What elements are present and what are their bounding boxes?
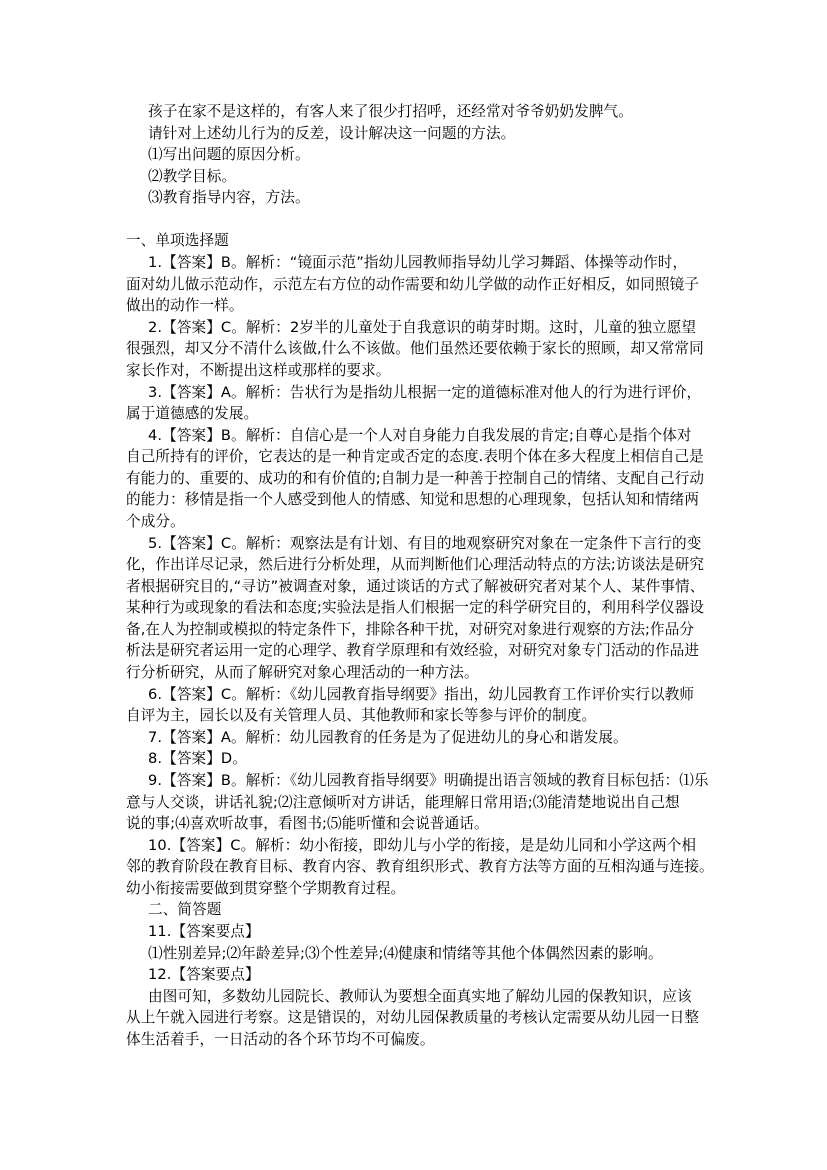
answer-line: 3.【答案】A。解析：告状行为是指幼儿根据一定的道德标准对他人的行为进行评价， [126, 382, 726, 404]
answer-line: 做出的动作一样。 [126, 295, 726, 317]
answer-line: 2.【答案】C。解析：2岁半的儿童处于自我意识的萌芽时期。这时，儿童的独立愿望 [126, 317, 726, 339]
answer-line: 有能力的、重要的、成功的和有价值的;自制力是一种善于控制自己的情绪、支配自己行动 [126, 468, 726, 490]
spacer [126, 209, 726, 231]
answer-line: 11.【答案要点】 [126, 921, 726, 943]
answer-line: 家长作对，不断提出这样或那样的要求。 [126, 360, 726, 382]
answer-line: 7.【答案】A。解析：幼儿园教育的任务是为了促进幼儿的身心和谐发展。 [126, 727, 726, 749]
answer-line: 体生活着手，一日活动的各个环节均不可偏废。 [126, 1029, 726, 1051]
answer-line: 的能力：移情是指一个人感受到他人的情感、知觉和思想的心理现象，包括认知和情绪两 [126, 489, 726, 511]
answer-line: 说的事;⑷喜欢听故事，看图书;⑸能听懂和会说普通话。 [126, 813, 726, 835]
answer-line: 行分析研究，从而了解研究对象心理活动的一种方法。 [126, 662, 726, 684]
answer-line: 很强烈，却又分不清什么该做,什么不该做。他们虽然还要依赖于家长的照顾，却又常常同 [126, 338, 726, 360]
answer-line: 某种行为或现象的看法和态度;实验法是指人们根据一定的科学研究目的，利用科学仪器设 [126, 597, 726, 619]
answer-line: 由图可知，多数幼儿园院长、教师认为要想全面真实地了解幼儿园的保教知识，应该 [126, 986, 726, 1008]
section-short-answer: 二、简答题 11.【答案要点】 ⑴性别差异;⑵年龄差异;⑶个性差异;⑷健康和情绪… [126, 899, 726, 1050]
answer-line: 面对幼儿做示范动作，示范左右方位的动作需要和幼儿学做的动作正好相反，如同照镜子 [126, 274, 726, 296]
answer-line: 化，作出详尽记录，然后进行分析处理，从而判断他们心理活动特点的方法;访谈法是研究 [126, 554, 726, 576]
text-line: ⑶教育指导内容，方法。 [126, 187, 726, 209]
answer-line: 从上午就入园进行考察。这是错误的，对幼儿园保教质量的考核认定需要从幼儿园一日整 [126, 1007, 726, 1029]
answer-line: 9.【答案】B。解析：《幼儿园教育指导纲要》明确提出语言领域的教育目标包括：⑴乐 [126, 770, 726, 792]
section-single-choice: 一、单项选择题 1.【答案】B。解析：“镜面示范”指幼儿园教师指导幼儿学习舞蹈、… [126, 230, 726, 899]
answer-line: 属于道德感的发展。 [126, 403, 726, 425]
question-tail: 孩子在家不是这样的，有客人来了很少打招呼，还经常对爷爷奶奶发脾气。 请针对上述幼… [126, 101, 726, 209]
section-heading: 一、单项选择题 [126, 230, 726, 252]
answer-line: 1.【答案】B。解析：“镜面示范”指幼儿园教师指导幼儿学习舞蹈、体操等动作时， [126, 252, 726, 274]
answer-line: 8.【答案】D。 [126, 748, 726, 770]
answer-line: 备,在人为控制或模拟的特定条件下，排除各种干扰，对研究对象进行观察的方法;作品分 [126, 619, 726, 641]
text-line: 请针对上述幼儿行为的反差，设计解决这一问题的方法。 [126, 123, 726, 145]
document-page: 孩子在家不是这样的，有客人来了很少打招呼，还经常对爷爷奶奶发脾气。 请针对上述幼… [126, 101, 726, 1050]
answer-line: 析法是研究者运用一定的心理学、教育学原理和有效经验，对研究对象专门活动的作品进 [126, 640, 726, 662]
answer-line: 5.【答案】C。解析：观察法是有计划、有目的地观察研究对象在一定条件下言行的变 [126, 533, 726, 555]
answer-line: 幼小衔接需要做到贯穿整个学期教育过程。 [126, 878, 726, 900]
answer-line: 个成分。 [126, 511, 726, 533]
answer-line: ⑴性别差异;⑵年龄差异;⑶个性差异;⑷健康和情绪等其他个体偶然因素的影响。 [126, 943, 726, 965]
answer-line: 4.【答案】B。解析：自信心是一个人对自身能力自我发展的肯定;自尊心是指个体对 [126, 425, 726, 447]
section-heading: 二、简答题 [126, 899, 726, 921]
answer-line: 12.【答案要点】 [126, 964, 726, 986]
answer-line: 自己所持有的评价，它表达的是一种肯定或否定的态度.表明个体在多大程度上相信自己是 [126, 446, 726, 468]
answer-line: 自评为主，园长以及有关管理人员、其他教师和家长等参与评价的制度。 [126, 705, 726, 727]
answer-line: 10.【答案】C。解析：幼小衔接，即幼儿与小学的衔接，是是幼儿同和小学这两个相 [126, 835, 726, 857]
answer-line: 意与人交谈，讲话礼貌;⑵注意倾听对方讲话，能理解日常用语;⑶能清楚地说出自己想 [126, 792, 726, 814]
answer-line: 邻的教育阶段在教育目标、教育内容、教育组织形式、教育方法等方面的互相沟通与连接。 [126, 856, 726, 878]
text-line: 孩子在家不是这样的，有客人来了很少打招呼，还经常对爷爷奶奶发脾气。 [126, 101, 726, 123]
text-line: ⑴写出问题的原因分析。 [126, 144, 726, 166]
answer-line: 6.【答案】C。解析：《幼儿园教育指导纲要》指出，幼儿园教育工作评价实行以教师 [126, 684, 726, 706]
text-line: ⑵教学目标。 [126, 166, 726, 188]
answer-line: 者根据研究目的,“寻访”被调查对象，通过谈话的方式了解被研究者对某个人、某件事情… [126, 576, 726, 598]
